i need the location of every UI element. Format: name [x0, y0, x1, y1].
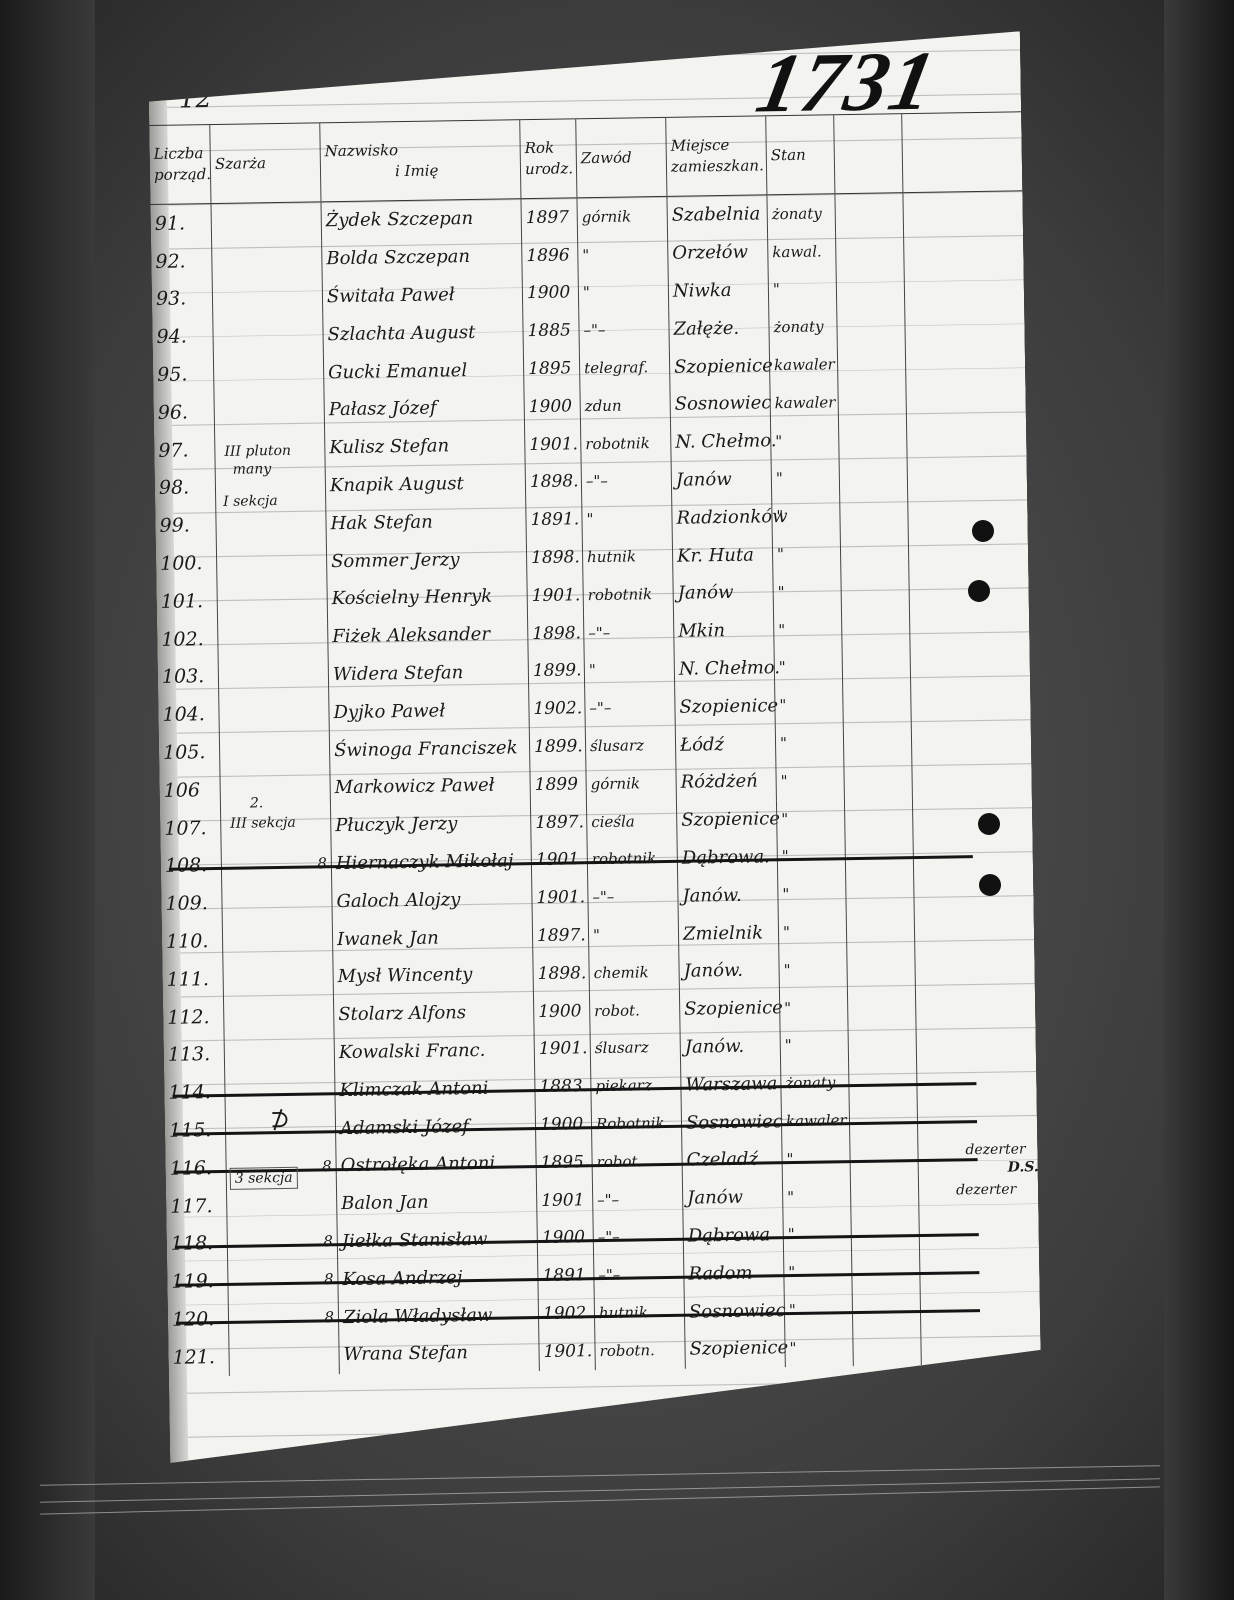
cell-empty — [849, 1100, 918, 1139]
annotation-section-3b: 3 sekcja — [230, 1167, 298, 1190]
cell-status: " — [771, 497, 840, 536]
cell-year: 1885 — [522, 312, 579, 351]
cell-empty — [915, 985, 1036, 1025]
cell-empty — [846, 949, 915, 988]
cell-residence: Szabelnia — [666, 195, 767, 234]
cell-empty — [904, 267, 1025, 307]
cell-empty — [845, 873, 914, 912]
cell-empty — [906, 418, 1027, 458]
cell-no: 112. — [163, 998, 224, 1037]
cell-residence: Orzełów — [667, 233, 768, 272]
cell-occupation: " — [584, 650, 675, 689]
cell-status: " — [772, 534, 841, 573]
cell-empty — [843, 722, 912, 761]
cell-year: 1891 — [537, 1256, 594, 1295]
cell-occupation: ślusarz — [585, 726, 676, 765]
cell-occupation: hutnik — [582, 537, 673, 576]
cell-occupation: telegraf. — [579, 348, 670, 387]
cell-status: " — [776, 799, 845, 838]
cell-empty — [911, 758, 1032, 798]
cell-occupation: –"– — [578, 310, 669, 349]
cell-no: 93. — [152, 280, 213, 319]
cell-no: 119. — [167, 1262, 228, 1301]
cell-year: 1897. — [530, 803, 587, 842]
cell-status: " — [772, 572, 841, 611]
cell-rank — [222, 920, 333, 960]
cell-no: 114. — [164, 1073, 225, 1112]
cell-empty — [847, 1025, 916, 1064]
cell-empty — [914, 947, 1035, 987]
cell-residence: Szopienice — [679, 989, 780, 1028]
cell-occupation: " — [577, 235, 668, 274]
cell-name: Ziola Władysław — [338, 1295, 539, 1336]
cell-rank — [211, 202, 322, 242]
remark-deserter: dezerter — [965, 1141, 1025, 1158]
cell-occupation: robotnik — [587, 839, 678, 878]
cell-empty — [846, 911, 915, 950]
cell-no: 91. — [151, 204, 212, 243]
cell-year: 1901. — [531, 879, 588, 918]
cell-status: " — [768, 270, 837, 309]
column-header-line2: porząd. — [154, 164, 211, 186]
cell-occupation: hutnik — [594, 1293, 685, 1332]
punch-hole — [978, 813, 1000, 835]
cell-name: Kosa Andrzej — [337, 1257, 538, 1298]
cell-rank: 8 — [227, 1260, 338, 1300]
cell-status: żonaty — [768, 308, 837, 347]
scan-border-left — [0, 0, 95, 1600]
cell-year: 1898. — [526, 538, 583, 577]
cell-occupation: robot. — [589, 991, 680, 1030]
cell-status: żonaty — [766, 194, 835, 233]
cell-rank — [219, 769, 330, 809]
cell-occupation: –"– — [593, 1255, 684, 1294]
cell-name: Szlachta August — [322, 313, 523, 354]
column-header-line2: urodz. — [525, 158, 573, 180]
cell-rank — [212, 316, 323, 356]
cell-year: 1898. — [525, 463, 582, 502]
cell-occupation: ślusarz — [590, 1028, 681, 1067]
cell-year: 1901 — [536, 1181, 593, 1220]
cell-year: 1900 — [536, 1219, 593, 1258]
cell-empty — [913, 872, 1034, 912]
cell-empty — [904, 305, 1025, 345]
cell-occupation: " — [578, 272, 669, 311]
punch-hole — [972, 520, 994, 542]
cell-rank — [218, 694, 329, 734]
column-header-line1: Zawód — [581, 147, 632, 169]
cell-name: Balon Jan — [336, 1182, 537, 1223]
cell-status: " — [774, 686, 843, 725]
cell-empty — [838, 420, 907, 459]
cell-no: 107. — [160, 809, 221, 848]
cell-occupation: –"– — [583, 613, 674, 652]
cell-no: 120. — [168, 1300, 229, 1339]
cell-empty — [852, 1289, 921, 1328]
cell-rank: 8 — [228, 1298, 339, 1338]
cell-status: " — [779, 988, 848, 1027]
cell-empty — [911, 720, 1032, 760]
cell-residence: Mkin — [673, 611, 774, 650]
cell-name: Pałasz Józef — [323, 388, 524, 429]
cell-year: 1902. — [528, 690, 585, 729]
cell-occupation: Robotnik — [591, 1104, 682, 1143]
cell-status: " — [775, 761, 844, 800]
cell-empty — [836, 269, 905, 308]
cell-residence: Janów — [671, 460, 772, 499]
cell-name: Wrana Stefan — [338, 1333, 539, 1374]
cell-empty — [914, 909, 1035, 949]
cell-occupation: górnik — [585, 764, 676, 803]
cell-name: Żydek Szczepan — [320, 199, 521, 240]
cell-empty — [839, 458, 908, 497]
cell-residence: Czeladź — [681, 1140, 782, 1179]
cell-occupation: " — [581, 499, 672, 538]
cell-empty — [840, 533, 909, 572]
column-header-line2: zamieszkan. — [671, 155, 764, 177]
cell-year: 1898. — [532, 954, 589, 993]
cell-no: 115. — [165, 1111, 226, 1150]
cell-empty — [850, 1176, 919, 1215]
cell-name: Świnoga Franciszek — [329, 728, 530, 769]
cell-residence: Janów. — [677, 876, 778, 915]
cell-name: Jiełka Stanisław — [337, 1220, 538, 1261]
cell-year: 1899. — [529, 727, 586, 766]
cell-empty — [910, 683, 1031, 723]
cell-occupation: chemik — [588, 953, 679, 992]
cell-status: " — [771, 459, 840, 498]
cell-year: 1900 — [533, 992, 590, 1031]
cell-no: 108. — [161, 847, 222, 886]
cell-empty — [920, 1287, 1041, 1327]
cell-empty — [919, 1249, 1040, 1289]
cell-name: Markowicz Paweł — [329, 766, 530, 807]
cell-empty — [920, 1325, 1041, 1365]
cell-empty — [907, 456, 1028, 496]
cell-empty — [848, 1062, 917, 1101]
cell-no: 110. — [162, 922, 223, 961]
column-header: Zawód — [575, 118, 666, 197]
cell-residence: Janów. — [678, 951, 779, 990]
cell-no: 104. — [158, 695, 219, 734]
cell-status: " — [770, 421, 839, 460]
cell-status: " — [784, 1328, 853, 1367]
cell-year: 1896 — [521, 236, 578, 275]
cell-residence: Łódź — [675, 724, 776, 763]
cell-empty — [910, 645, 1031, 685]
cell-rank — [211, 240, 322, 280]
cell-no: 99. — [155, 506, 216, 545]
cell-occupation: " — [588, 915, 679, 954]
cell-residence: Warszawa — [680, 1065, 781, 1104]
cell-no: 109. — [161, 884, 222, 923]
cell-occupation: –"– — [592, 1179, 683, 1218]
cell-residence: Kr. Huta — [672, 535, 773, 574]
scan-border-right — [1164, 0, 1234, 1600]
ledger-header: Liczbaporząd.SzarżaNazwiskoi ImięRokurod… — [149, 111, 1022, 205]
cell-status: " — [778, 950, 847, 989]
column-header-line1: Szarża — [215, 153, 266, 175]
cell-occupation: –"– — [584, 688, 675, 727]
cell-name: Kowalski Franc. — [334, 1031, 535, 1072]
cell-residence: Szopienice — [684, 1329, 785, 1368]
cell-year: 1895 — [535, 1143, 592, 1182]
cell-rank — [226, 1185, 337, 1225]
cell-empty — [918, 1212, 1039, 1252]
cell-name: Dyjko Paweł — [328, 690, 529, 731]
cell-residence: Zmielnik — [678, 913, 779, 952]
cell-residence: Dąbrowa. — [677, 838, 778, 877]
cell-rank — [217, 618, 328, 658]
cell-rank — [219, 731, 330, 771]
cell-name: Fiżek Aleksander — [327, 615, 528, 656]
page-number: 12 — [179, 84, 213, 115]
cell-year: 1900 — [522, 274, 579, 313]
cell-name: Ostrołęka Antoni — [335, 1144, 536, 1185]
cell-status: kawal. — [767, 232, 836, 271]
cell-empty — [847, 987, 916, 1026]
cell-no: 103. — [158, 658, 219, 697]
cell-empty — [913, 834, 1034, 874]
cell-empty — [843, 760, 912, 799]
cell-status: żonaty — [780, 1063, 849, 1102]
cell-status: " — [782, 1215, 851, 1254]
column-header-line1: Liczba — [154, 143, 204, 165]
cell-year: 1898. — [527, 614, 584, 653]
cell-empty — [845, 836, 914, 875]
cell-empty — [903, 229, 1024, 269]
cell-name: Widera Stefan — [328, 653, 529, 694]
column-header-line1: Stan — [771, 144, 806, 166]
cell-year: 1901 — [531, 841, 588, 880]
cell-status: " — [783, 1252, 852, 1291]
cell-rank — [215, 505, 326, 545]
cell-rank — [212, 278, 323, 318]
cell-name: Płuczyk Jerzy — [330, 804, 531, 845]
cell-residence: Radzionków — [671, 498, 772, 537]
remark-deserter-2: dezerter — [956, 1182, 1016, 1199]
cell-empty — [917, 1098, 1038, 1138]
cell-occupation: –"– — [592, 1217, 683, 1256]
cell-year: 1891. — [525, 501, 582, 540]
column-header: Rokurodz. — [519, 119, 576, 198]
cell-year: 1901. — [538, 1332, 595, 1371]
cell-status: " — [779, 1026, 848, 1065]
cell-status: " — [775, 723, 844, 762]
column-header-line1: Nazwisko — [325, 140, 399, 162]
cell-occupation: piekarz — [590, 1066, 681, 1105]
cell-year: 1901. — [524, 425, 581, 464]
cell-residence: Sosnowiec — [684, 1291, 785, 1330]
cell-name: Iwanek Jan — [332, 917, 533, 958]
cell-status: " — [777, 874, 846, 913]
cell-empty — [837, 382, 906, 421]
cell-name: Knapik August — [325, 464, 526, 505]
cell-name: Klimczak Antoni — [334, 1068, 535, 1109]
cell-residence: Radom — [683, 1253, 784, 1292]
cell-name: Hak Stefan — [325, 502, 526, 543]
cell-year: 1901. — [534, 1030, 591, 1069]
cell-name: Kulisz Stefan — [324, 426, 525, 467]
cell-name: Hiernaczyk Mikołaj — [331, 842, 532, 883]
cell-rank — [221, 883, 332, 923]
cell-residence: Sosnowiec — [681, 1102, 782, 1141]
cell-empty — [839, 496, 908, 535]
cell-no: 117. — [166, 1187, 227, 1226]
cell-status: kawaler — [769, 383, 838, 422]
cell-status: kawaler — [769, 345, 838, 384]
cell-occupation: –"– — [581, 461, 672, 500]
cell-empty — [915, 1023, 1036, 1063]
cell-residence: Janów — [672, 573, 773, 612]
cell-empty — [912, 796, 1033, 836]
column-header: Liczbaporząd. — [149, 125, 210, 204]
column-header-line1: Miejsce — [670, 135, 729, 157]
cell-residence: Janów. — [680, 1027, 781, 1066]
cell-empty — [908, 531, 1029, 571]
cell-empty — [909, 607, 1030, 647]
cell-occupation: zdun — [579, 386, 670, 425]
cell-no: 97. — [154, 431, 215, 470]
cell-rank — [216, 580, 327, 620]
cell-empty — [834, 193, 903, 232]
cell-name: Sommer Jerzy — [326, 539, 527, 580]
cell-residence: N. Chełmo. — [670, 422, 771, 461]
cell-empty — [852, 1327, 921, 1366]
cell-name: Galoch Alojzy — [331, 879, 532, 920]
cell-empty — [851, 1251, 920, 1290]
cell-status: " — [781, 1139, 850, 1178]
cell-empty — [842, 684, 911, 723]
cell-no: 94. — [152, 317, 213, 356]
cell-empty — [850, 1214, 919, 1253]
cell-rank — [228, 1336, 339, 1376]
cell-empty — [841, 609, 910, 648]
cell-residence: Niwka — [668, 271, 769, 310]
cell-residence: Szopienice — [674, 687, 775, 726]
cell-residence: Szopienice — [669, 346, 770, 385]
cell-year: 1897 — [520, 198, 577, 237]
column-header — [901, 112, 1022, 192]
cell-empty — [902, 191, 1023, 231]
cell-no: 102. — [157, 620, 218, 659]
cell-no: 105. — [159, 733, 220, 772]
cell-occupation: –"– — [587, 877, 678, 916]
cell-year: 1901. — [526, 576, 583, 615]
cell-year: 1899. — [528, 652, 585, 691]
annotation-section-3: III sekcja — [230, 815, 296, 832]
cell-rank — [216, 542, 327, 582]
cell-name: Stolarz Alfons — [333, 993, 534, 1034]
column-header-line2: i Imię — [325, 160, 439, 183]
cell-no: 111. — [162, 960, 223, 999]
cell-no: 100. — [156, 544, 217, 583]
cell-empty — [849, 1138, 918, 1177]
cell-occupation: robotnik — [582, 575, 673, 614]
cell-no: 121. — [168, 1338, 229, 1377]
cell-rank — [218, 656, 329, 696]
cell-no: 101. — [156, 582, 217, 621]
cell-year: 1897. — [532, 916, 589, 955]
cell-residence: Szopienice — [676, 800, 777, 839]
cell-status: kawaler — [781, 1101, 850, 1140]
cell-year: 1902 — [538, 1294, 595, 1333]
column-header: Stan — [765, 115, 834, 194]
cell-name: Kościelny Henryk — [326, 577, 527, 618]
cell-rank — [222, 958, 333, 998]
column-header: Nazwiskoi Imię — [319, 120, 520, 201]
cell-residence: Załęże. — [668, 309, 769, 348]
cell-status: " — [784, 1290, 853, 1329]
cell-residence: Dąbrowa — [682, 1216, 783, 1255]
cell-no: 92. — [151, 242, 212, 281]
cell-name: Mysł Wincenty — [332, 955, 533, 996]
punch-hole — [968, 580, 990, 602]
cell-rank — [213, 391, 324, 431]
cell-empty — [905, 342, 1026, 382]
cell-empty — [835, 231, 904, 270]
cell-empty — [916, 1061, 1037, 1101]
cell-rank: 8 — [221, 845, 332, 885]
cell-residence: N. Chełmo. — [674, 649, 775, 688]
cell-year: 1899 — [529, 765, 586, 804]
annotation-platoon-sub: many — [233, 461, 272, 478]
cell-empty — [907, 494, 1028, 534]
cell-no: 118. — [167, 1224, 228, 1263]
cell-name: Gucki Emanuel — [323, 350, 524, 391]
cell-rank: 8 — [227, 1223, 338, 1263]
cell-empty — [905, 380, 1026, 420]
ledger-rows: 91.Żydek Szczepan1897górnikSzabelniażona… — [151, 191, 1041, 1376]
cell-status: " — [774, 648, 843, 687]
cell-status: " — [778, 912, 847, 951]
column-header-line1: Rok — [525, 138, 555, 159]
annotation-mark: ⊅ — [270, 1105, 291, 1133]
cell-rank — [213, 353, 324, 393]
cell-empty — [837, 344, 906, 383]
cell-year: 1883. — [534, 1068, 591, 1107]
cell-year: 1895 — [523, 349, 580, 388]
cell-occupation: robotnik — [580, 424, 671, 463]
cell-no: 98. — [155, 469, 216, 508]
remark-ds: D.S. — [1008, 1159, 1039, 1175]
cell-status: " — [782, 1177, 851, 1216]
cell-no: 113. — [164, 1035, 225, 1074]
cell-empty — [842, 647, 911, 686]
annotation-platoon: III pluton — [224, 443, 291, 460]
cell-year: 1900 — [523, 387, 580, 426]
column-header: Szarża — [209, 123, 320, 203]
cell-name: Bolda Szczepan — [321, 237, 522, 278]
cell-no: 95. — [153, 355, 214, 394]
cell-occupation: górnik — [576, 197, 667, 236]
cell-rank — [223, 996, 334, 1036]
punch-hole — [979, 874, 1001, 896]
cell-residence: Sosnowiec — [669, 384, 770, 423]
cell-status: " — [777, 837, 846, 876]
cell-year: 1900 — [535, 1105, 592, 1144]
cell-name: Adamski Józef — [335, 1106, 536, 1147]
column-header: Miejscezamieszkan. — [665, 116, 766, 196]
cell-occupation: robotn. — [594, 1331, 685, 1370]
cell-residence: Janów — [682, 1178, 783, 1217]
cell-occupation: robot. — [591, 1142, 682, 1181]
ledger-page: 12 1731 Liczbaporząd.SzarżaNazwiskoi Imi… — [148, 31, 1042, 1463]
cell-occupation: cieśla — [586, 802, 677, 841]
cell-status: " — [773, 610, 842, 649]
cell-empty — [836, 307, 905, 346]
cell-empty — [844, 798, 913, 837]
